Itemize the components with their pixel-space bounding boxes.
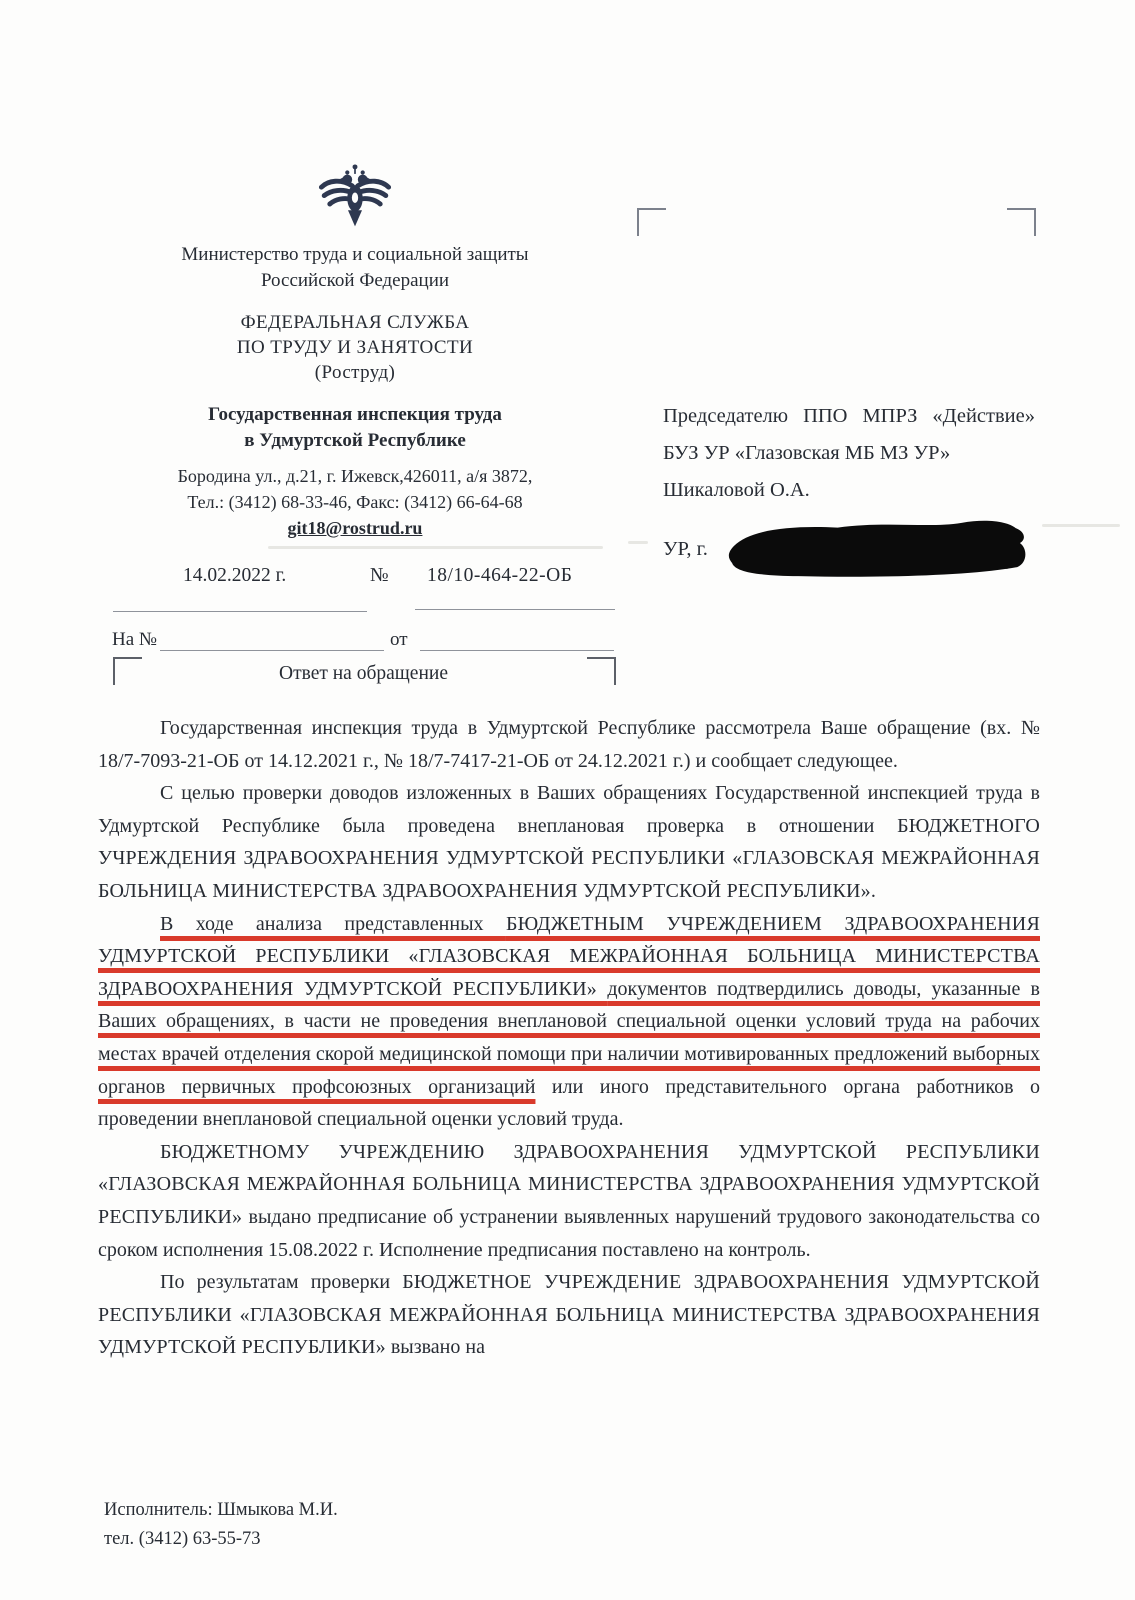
- on-number-label: На №: [112, 629, 157, 651]
- address-zone-corner-mark-right: [1007, 208, 1036, 236]
- russia-coat-of-arms-icon: [85, 160, 625, 238]
- service-name-line3: (Роструд): [85, 360, 625, 385]
- inspection-name-line1: Государственная инспекция труда: [85, 402, 625, 428]
- paragraph-text: По результатам проверки: [160, 1271, 402, 1293]
- addressee-person: Шикаловой О.А.: [663, 472, 1035, 509]
- ruled-line: [160, 650, 384, 651]
- ruled-line: [420, 650, 614, 651]
- addressee-block: Председателю ППО МПРЗ «Действие» БУЗ УР …: [663, 398, 1035, 509]
- letter-body: Государственная инспекция труда в Удмурт…: [98, 712, 1040, 1364]
- phone-fax-line: Тел.: (3412) 68-33-46, Факс: (3412) 66-6…: [85, 489, 625, 515]
- addressee-location: УР, г.: [663, 538, 708, 561]
- letterhead: Министерство труда и социальной защиты Р…: [85, 160, 625, 541]
- addressee-recipient: Председателю ППО МПРЗ «Действие» БУЗ УР …: [663, 398, 1035, 472]
- ruled-line: [113, 611, 367, 612]
- red-underlined-text: В ходе анализа представленных: [160, 913, 506, 935]
- service-name-line2: ПО ТРУДУ И ЗАНЯТОСТИ: [85, 335, 625, 360]
- paragraph-text: Государственная инспекция труда в Удмурт…: [98, 717, 1040, 772]
- letter-subject: Ответ на обращение: [113, 663, 614, 685]
- letter-date: 14.02.2022 г.: [183, 565, 286, 587]
- number-sign: №: [370, 565, 389, 587]
- ministry-name-line2: Российской Федерации: [85, 268, 625, 294]
- address-zone-corner-mark-left: [637, 208, 666, 236]
- executor-name: Исполнитель: Шмыкова М.И.: [104, 1496, 338, 1525]
- service-name-line1: ФЕДЕРАЛЬНАЯ СЛУЖБА: [85, 310, 625, 335]
- body-paragraph-1: Государственная инспекция труда в Удмурт…: [98, 712, 1040, 777]
- body-paragraph-2: С целью проверки доводов изложенных в Ва…: [98, 777, 1040, 907]
- executor-block: Исполнитель: Шмыкова М.И. тел. (3412) 63…: [104, 1496, 338, 1554]
- email-address: git18@rostrud.ru: [85, 515, 625, 541]
- body-paragraph-4: БЮДЖЕТНОМУ УЧРЕЖДЕНИЮ ЗДРАВООХРАНЕНИЯ УД…: [98, 1136, 1040, 1266]
- body-paragraph-3: В ходе анализа представленных БЮДЖЕТНЫМ …: [98, 908, 1040, 1136]
- outgoing-number: 18/10-464-22-ОБ: [427, 565, 572, 587]
- executor-phone: тел. (3412) 63-55-73: [104, 1525, 338, 1554]
- scan-artifact: [268, 546, 603, 549]
- paragraph-text: вызвано на: [386, 1336, 485, 1358]
- scan-artifact: [1042, 524, 1120, 527]
- ministry-name-line1: Министерство труда и социальной защиты: [85, 242, 625, 268]
- scan-artifact: [628, 541, 648, 544]
- postal-address-line: Бородина ул., д.21, г. Ижевск,426011, а/…: [85, 463, 625, 489]
- ruled-line: [415, 609, 615, 610]
- scanned-letter-page: Министерство труда и социальной защиты Р…: [0, 0, 1135, 1600]
- inspection-name-line2: в Удмуртской Республике: [85, 428, 625, 454]
- body-paragraph-5: По результатам проверки БЮДЖЕТНОЕ УЧРЕЖД…: [98, 1266, 1040, 1364]
- redaction-marker: [726, 514, 1035, 588]
- from-label: от: [390, 629, 408, 651]
